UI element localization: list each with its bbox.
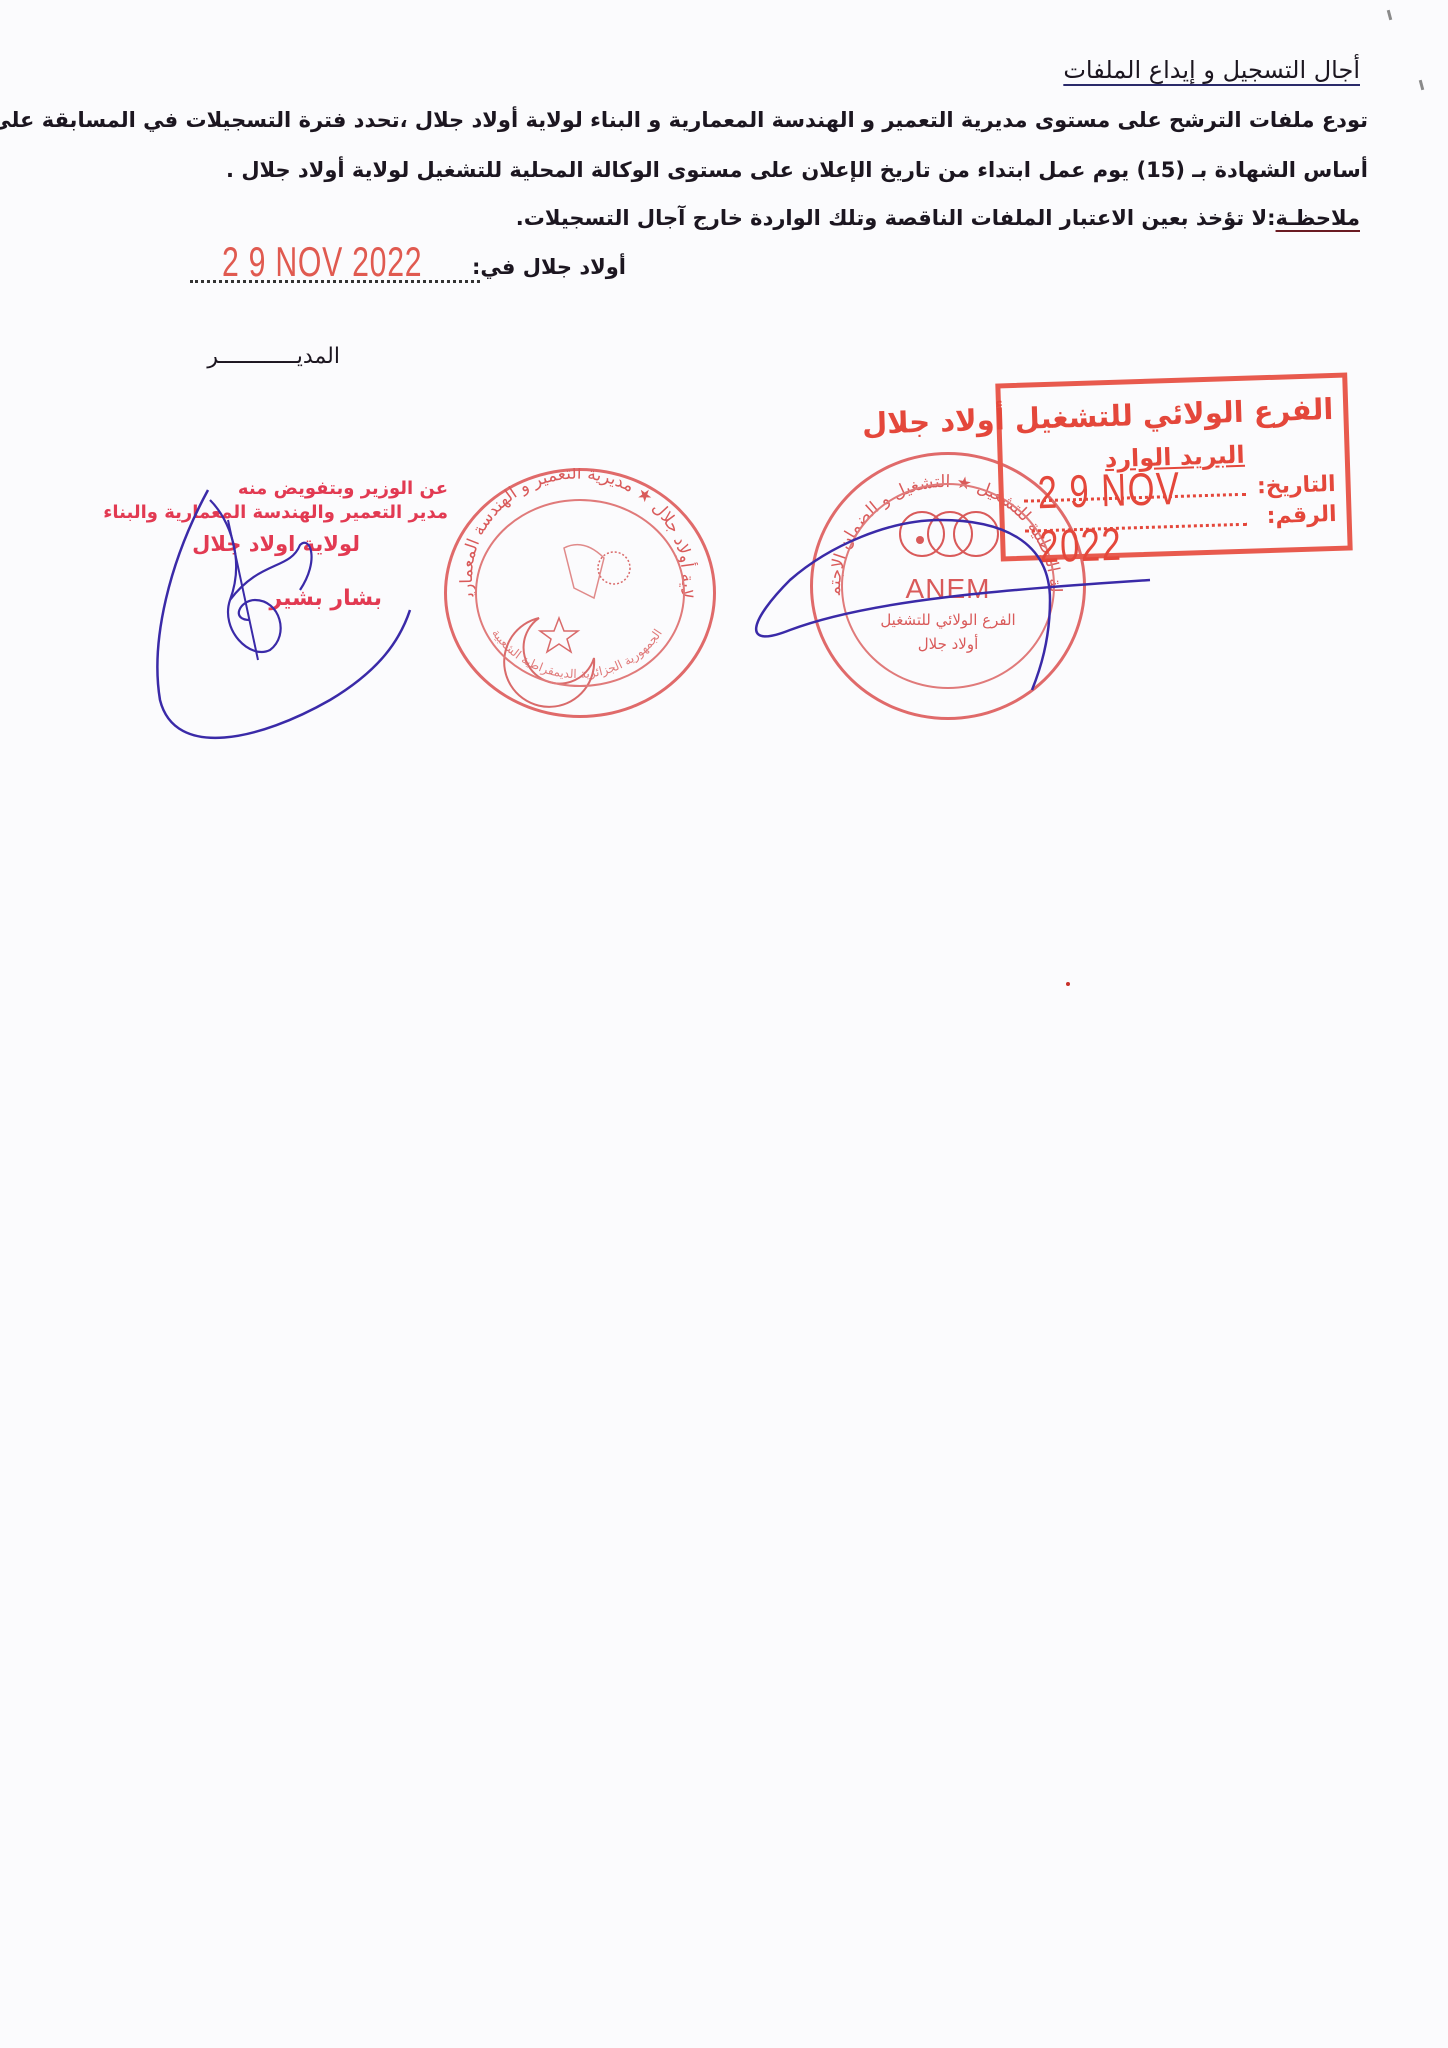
anem-sub-2: أولاد جلال — [813, 635, 1083, 653]
ink-speck — [1066, 982, 1070, 986]
note: ملاحظـة:لا تؤخذ بعين الاعتبار الملفات ال… — [516, 206, 1360, 230]
signatory-title: المديــــــــــــر — [207, 344, 340, 369]
scan-mark — [1419, 80, 1424, 90]
scan-mark — [1387, 10, 1392, 20]
section-title: أجال التسجيل و إيداع الملفات — [1063, 56, 1360, 84]
svg-text:ولاية أولاد جلال ★ مديرية التع: ولاية أولاد جلال ★ مديرية التعمير و الهن… — [444, 468, 698, 600]
emblem-icon: ولاية أولاد جلال ★ مديرية التعمير و الهن… — [444, 468, 710, 712]
paragraph-line-2: أساس الشهادة بـ (15) يوم عمل ابتداء من ت… — [226, 158, 1368, 182]
place-label: أولاد جلال في: — [472, 255, 626, 279]
note-label: ملاحظـة — [1276, 206, 1360, 230]
delegation-line-2: مدير التعمير والهندسة المعمارية والبناء — [103, 502, 448, 523]
delegation-line-1: عن الوزير وبتفويض منه — [238, 478, 448, 499]
delegation-line-3: لولاية اولاد جلال — [192, 532, 360, 556]
seal-outer-text: ولاية أولاد جلال ★ مديرية التعمير و الهن… — [444, 468, 698, 600]
stamp-date: 2 9 NOV 2022 — [1037, 458, 1271, 573]
svg-text:الجمهورية الجزائرية الديمقراطي: الجمهورية الجزائرية الديمقراطية الشعبية — [489, 626, 665, 681]
note-text: :لا تؤخذ بعين الاعتبار الملفات الناقصة و… — [516, 206, 1276, 230]
document-page: أجال التسجيل و إيداع الملفات تودع ملفات … — [0, 0, 1448, 2048]
delegation-line-4: بشار بشير — [269, 586, 382, 611]
received-mail-stamp: الفرع الولائي للتشغيل أولاد جلال البريد … — [995, 373, 1352, 562]
anem-brand: ANEM — [813, 573, 1083, 605]
paragraph-line-1: تودع ملفات الترشح على مستوى مديرية التعم… — [50, 108, 1368, 132]
seal-inner-text: الجمهورية الجزائرية الديمقراطية الشعبية — [489, 626, 665, 681]
anem-sub-1: الفرع الولائي للتشغيل — [813, 611, 1083, 629]
wilaya-seal: ولاية أولاد جلال ★ مديرية التعمير و الهن… — [444, 468, 716, 718]
signature-strokes — [0, 0, 1448, 2048]
stamp-number-label: الرقم: — [1266, 502, 1337, 529]
date-stamp: 2 9 NOV 2022 — [222, 238, 422, 286]
stamp-branch: الفرع الولائي للتشغيل أولاد جلال — [861, 392, 1333, 441]
